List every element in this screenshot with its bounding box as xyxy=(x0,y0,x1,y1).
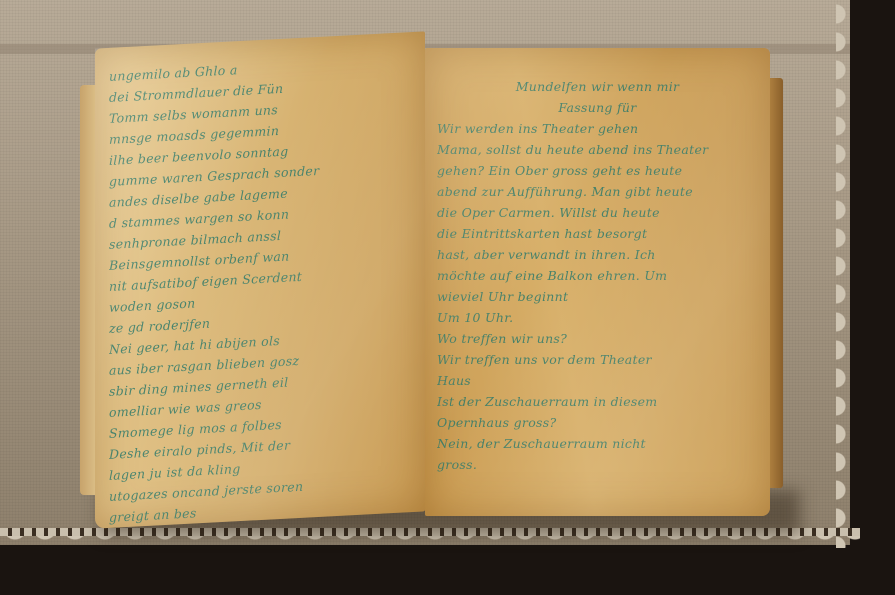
handwritten-line: Nein, der Zuschauerraum nicht xyxy=(437,433,758,454)
handwritten-line: gehen? Ein Ober gross geht es heute xyxy=(437,160,758,181)
notebook-right-page: Mundelfen wir wenn mirFassung fürWir wer… xyxy=(425,48,770,516)
handwritten-line: die Eintrittskarten hast besorgt xyxy=(437,223,758,244)
left-page-text: ungemilo ab Ghlo adei Strommdlauer die F… xyxy=(95,31,425,528)
handwritten-line: Ist der Zuschauerraum in diesem xyxy=(437,391,758,412)
handwritten-line: abend zur Aufführung. Man gibt heute xyxy=(437,181,758,202)
handwritten-line: gross. xyxy=(437,454,758,475)
handwritten-line: Wir werden ins Theater gehen xyxy=(437,118,758,139)
handwritten-line: hast, aber verwandt in ihren. Ich xyxy=(437,244,758,265)
handwritten-line: Fassung für xyxy=(437,97,758,118)
handwritten-line: Mama, sollst du heute abend ins Theater xyxy=(437,139,758,160)
handwritten-line: Um 10 Uhr. xyxy=(437,307,758,328)
lace-border-right xyxy=(836,0,864,548)
handwritten-line: Wo treffen wir uns? xyxy=(437,328,758,349)
handwritten-line: wieviel Uhr beginnt xyxy=(437,286,758,307)
handwritten-line: Opernhaus gross? xyxy=(437,412,758,433)
handwritten-line: die Oper Carmen. Willst du heute xyxy=(437,202,758,223)
right-page-text: Mundelfen wir wenn mirFassung fürWir wer… xyxy=(425,48,770,516)
handwritten-line: Haus xyxy=(437,370,758,391)
handwritten-line: Wir treffen uns vor dem Theater xyxy=(437,349,758,370)
handwritten-line: möchte auf eine Balkon ehren. Um xyxy=(437,265,758,286)
handwritten-line: Mundelfen wir wenn mir xyxy=(437,76,758,97)
notebook-left-page: ungemilo ab Ghlo adei Strommdlauer die F… xyxy=(95,31,425,528)
